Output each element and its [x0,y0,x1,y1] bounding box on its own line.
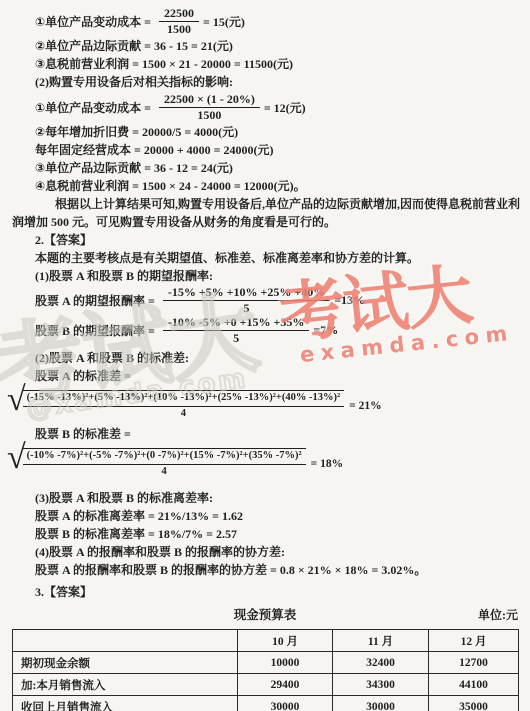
conclusion-line-2: 润增加 500 元。可见购置专用设备从财务的角度看是可行的。 [12,213,522,231]
std-dev-b-label: 股票 B 的标准差 = [35,425,522,443]
table-cell-label: 收回上月销售流入 [13,696,238,711]
table-cell-value: 12700 [429,652,519,674]
fraction-numerator: 22500 × (1 - 20%) [159,92,260,108]
table-cell-value: 30000 [238,696,333,711]
document-content: ①单位产品变动成本 = 22500 1500 = 15(元) ②单位产品边际贡献… [0,0,530,711]
table-row: 收回上月销售流入 30000 30000 35000 [13,696,519,711]
fraction: 22500 × (1 - 20%) 1500 [159,92,260,122]
table-unit-label: 单位:元 [478,606,518,623]
table-title-row: 现金预算表 单位:元 [12,605,518,625]
answer2-heading: 2.【答案】 [35,231,522,249]
table-cell-value: 32400 [333,652,429,674]
formula-label: ①单位产品变动成本 = [35,13,151,30]
subsection-2-title: (2)购置专用设备后对相关指标的影响: [35,73,522,91]
fraction-denominator: 5 [233,331,239,345]
formula-unit-variable-cost-after: ①单位产品变动成本 = 22500 × (1 - 20%) 1500 = 12(… [35,91,522,123]
formula-unit-variable-cost-before: ①单位产品变动成本 = 22500 1500 = 15(元) [35,5,522,37]
table-row: 期初现金余额 10000 32400 12700 [13,652,519,674]
formula-ebit-before: ③息税前营业利润 = 1500 × 21 - 20000 = 11500(元) [35,55,522,73]
table-row: 加:本月销售流入 29400 34300 44100 [13,674,519,696]
answer2-intro: 本题的主要考核点是有关期望值、标准差、标准离差率和协方差的计算。 [35,249,522,267]
fraction-denominator: 1500 [167,22,191,36]
part1-title: (1)股票 A 和股票 B 的期望报酬率: [35,267,522,285]
table-cell-value: 29400 [238,674,333,696]
formula-unit-contribution-after: ③单位产品边际贡献 = 36 - 12 = 24(元) [35,159,522,177]
sqrt-denominator: 4 [162,465,167,478]
table-header-dec: 12 月 [429,630,519,652]
sqrt-numerator: (-10% -7%)²+(-5% -7%)²+(0 -7%)²+(15% -7%… [23,449,306,465]
fraction-numerator: -10% -5% +0 +15% +35% [163,315,310,331]
sqrt-numerator: (-15% -13%)²+(5% -13%)²+(10% -13%)²+(25%… [23,391,345,407]
formula-result: =7% [313,323,338,338]
scanned-answer-page: 考试大 @xamda.com 考试大 examda.com ①单位产品变动成本 … [0,0,530,711]
std-dev-b-formula: √ (-10% -7%)²+(-5% -7%)²+(0 -7%)²+(15% -… [7,443,522,479]
formula-result: = 18% [311,458,343,470]
table-header-row: 10 月 11 月 12 月 [13,630,519,652]
conclusion-line-1: 根据以上计算结果可知,购置专用设备后,单位产品的边际贡献增加,因而使得息税前营业… [55,195,522,213]
formula-label: 股票 A 的期望报酬率 = [35,292,155,309]
table-title: 现金预算表 [12,605,518,623]
fraction-denominator: 5 [244,301,250,315]
table-header-nov: 11 月 [333,630,429,652]
formula-annual-depreciation: ②每年增加折旧费 = 20000/5 = 4000(元) [35,123,522,141]
formula-result: = 15(元) [203,13,245,30]
fraction: -15% +5% +10% +25% +40% 5 [163,285,330,315]
sqrt-denominator: 4 [181,407,186,420]
table-cell-value: 34300 [333,674,429,696]
formula-label: ①单位产品变动成本 = [35,99,151,116]
formula-unit-contribution-before: ②单位产品边际贡献 = 36 - 15 = 21(元) [35,37,522,55]
formula-result: = 12(元) [264,99,306,116]
formula-label: 股票 B 的期望报酬率 = [35,322,155,339]
table-cell-value: 35000 [429,696,519,711]
std-dev-a-label: 股票 A 的标准差 = [35,367,522,385]
answer3-heading: 3.【答案】 [35,583,522,601]
expected-return-a-formula: 股票 A 的期望报酬率 = -15% +5% +10% +25% +40% 5 … [35,285,522,315]
formula-ebit-after: ④息税前营业利润 = 1500 × 24 - 24000 = 12000(元)。 [35,177,522,195]
fraction: 22500 1500 [159,6,199,36]
covariance-line: 股票 A 的报酬率和股票 B 的报酬率的协方差 = 0.8 × 21% × 18… [35,561,522,579]
part4-title: (4)股票 A 的报酬率和股票 B 的报酬率的协方差: [35,543,522,561]
fraction: -10% -5% +0 +15% +35% 5 [163,315,310,345]
part3-title: (3)股票 A 和股票 B 的标准离差率: [35,489,522,507]
fraction-denominator: 1500 [197,108,221,122]
table-cell-value: 10000 [238,652,333,674]
fraction-numerator: 22500 [159,6,199,22]
formula-annual-fixed-cost: 每年固定经营成本 = 20000 + 4000 = 24000(元) [35,141,522,159]
formula-result: = 21% [349,400,381,412]
sqrt-body: (-10% -7%)²+(-5% -7%)²+(0 -7%)²+(15% -7%… [23,448,306,478]
part2-title: (2)股票 A 和股票 B 的标准差: [35,349,522,367]
table-cell-label: 加:本月销售流入 [13,674,238,696]
table-cell-label: 期初现金余额 [13,652,238,674]
formula-result: =13% [334,293,365,308]
table-header-oct: 10 月 [238,630,333,652]
sqrt-body: (-15% -13%)²+(5% -13%)²+(10% -13%)²+(25%… [23,390,345,420]
cv-a-line: 股票 A 的标准离差率 = 21%/13% = 1.62 [35,507,522,525]
table-cell-value: 30000 [333,696,429,711]
cv-b-line: 股票 B 的标准离差率 = 18%/7% = 2.57 [35,525,522,543]
std-dev-a-formula: √ (-15% -13%)²+(5% -13%)²+(10% -13%)²+(2… [7,385,522,421]
fraction-numerator: -15% +5% +10% +25% +40% [163,285,330,301]
table-header-blank [13,630,238,652]
expected-return-b-formula: 股票 B 的期望报酬率 = -10% -5% +0 +15% +35% 5 =7… [35,315,522,345]
table-cell-value: 44100 [429,674,519,696]
cash-budget-table: 10 月 11 月 12 月 期初现金余额 10000 32400 12700 … [12,629,519,711]
